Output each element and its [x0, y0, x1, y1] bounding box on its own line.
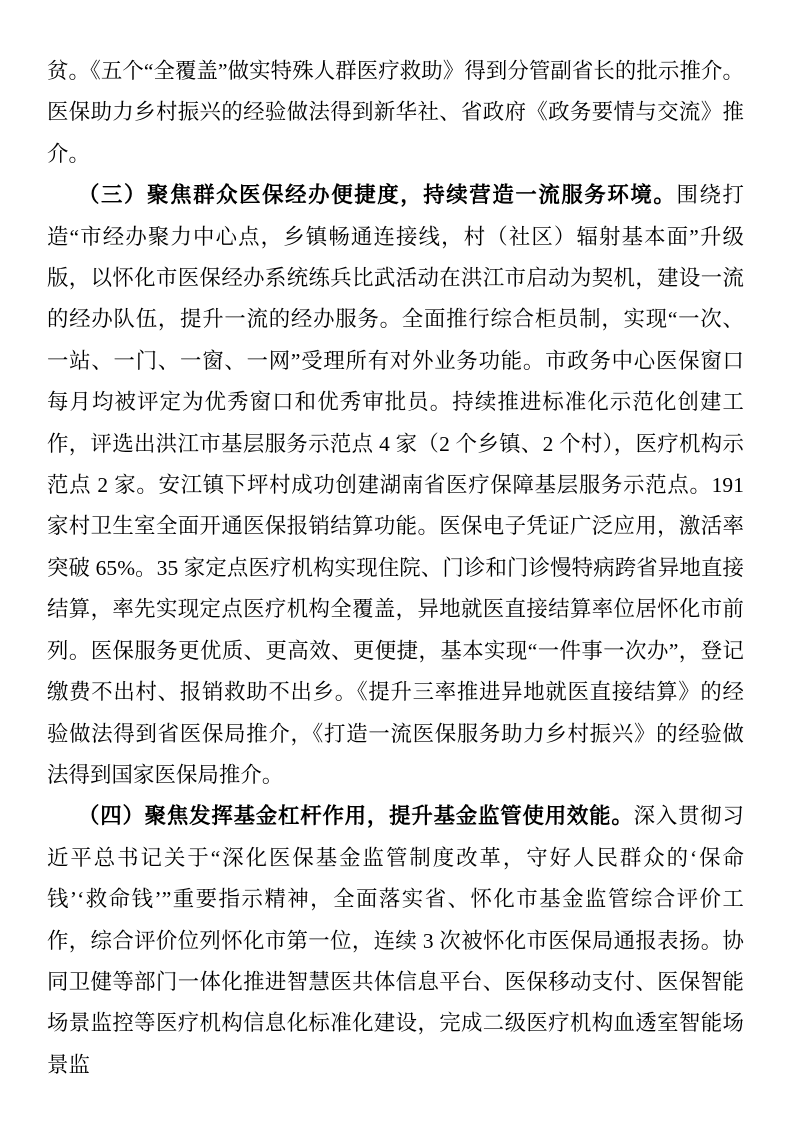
document-page: 贫。《五个“全覆盖”做实特殊人群医疗救助》得到分管副省长的批示推介。医保助力乡村…	[0, 0, 793, 1122]
section-4-heading: （四）聚焦发挥基金杠杆作用，提升基金监管使用效能。	[78, 804, 634, 828]
section-4-body-text: 深入贯彻习近平总书记关于“深化医保基金监管制度改革，守好人民群众的‘保命钱’‘救…	[47, 804, 744, 1076]
section-3-heading: （三）聚焦群众医保经办便捷度，持续营造一流服务环境。	[78, 183, 676, 207]
paragraph-section-4: （四）聚焦发挥基金杠杆作用，提升基金监管使用效能。深入贯彻习近平总书记关于“深化…	[47, 796, 744, 1086]
paragraph-section-3: （三）聚焦群众医保经办便捷度，持续营造一流服务环境。围绕打造“市经办聚力中心点，…	[47, 175, 744, 796]
paragraph-continuation-text: 贫。《五个“全覆盖”做实特殊人群医疗救助》得到分管副省长的批示推介。医保助力乡村…	[47, 59, 744, 166]
section-3-body-text: 围绕打造“市经办聚力中心点，乡镇畅通连接线，村（社区）辐射基本面”升级版，以怀化…	[47, 183, 744, 787]
paragraph-continuation: 贫。《五个“全覆盖”做实特殊人群医疗救助》得到分管副省长的批示推介。医保助力乡村…	[47, 51, 744, 175]
document-body: 贫。《五个“全覆盖”做实特殊人群医疗救助》得到分管副省长的批示推介。医保助力乡村…	[47, 51, 744, 1086]
